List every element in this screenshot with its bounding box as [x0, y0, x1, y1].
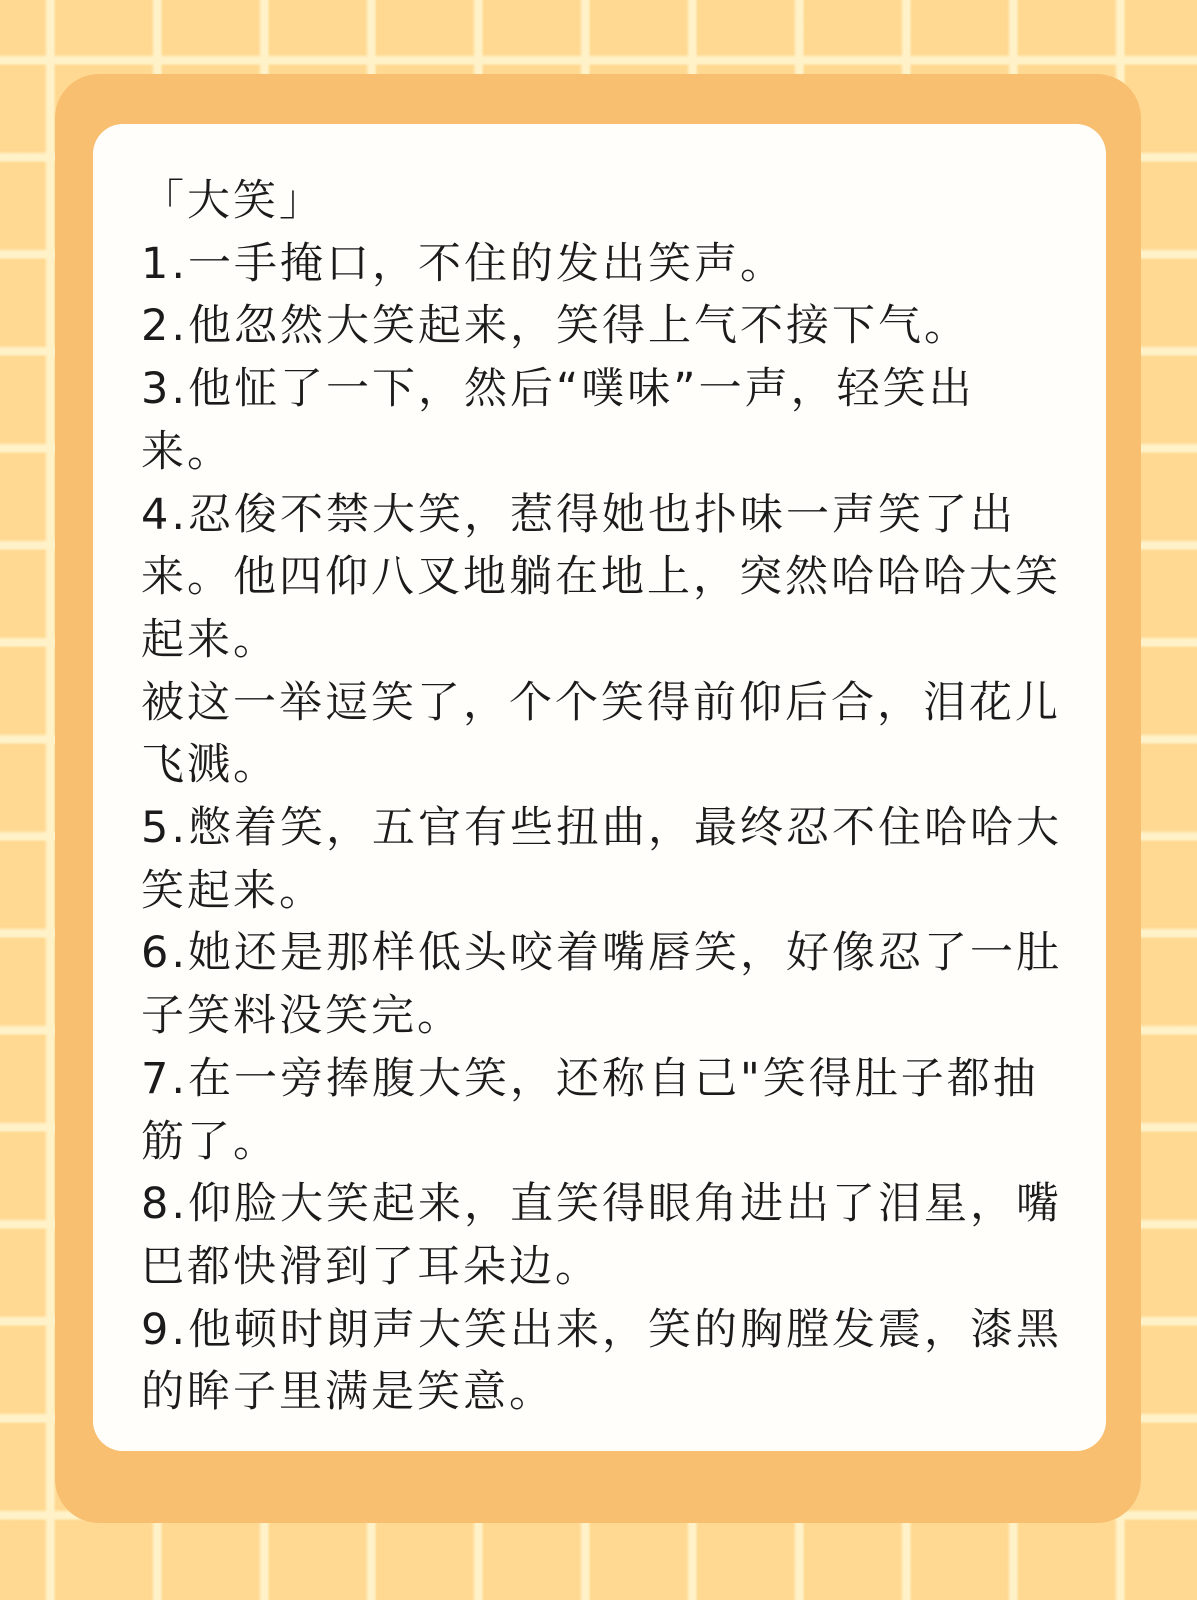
text-line: 来。他四仰八叉地躺在地上，突然哈哈哈大笑	[141, 546, 1071, 609]
text-line: 4.忍俊不禁大笑，惹得她也扑味一声笑了出	[141, 484, 1071, 547]
text-block: 「大笑」 1.一手掩口，不住的发出笑声。2.他忽然大笑起来，笑得上气不接下气。3…	[141, 170, 1071, 1424]
page: 「大笑」 1.一手掩口，不住的发出笑声。2.他忽然大笑起来，笑得上气不接下气。3…	[0, 0, 1197, 1600]
text-line: 巴都快滑到了耳朵边。	[141, 1236, 1071, 1299]
text-card: 「大笑」 1.一手掩口，不住的发出笑声。2.他忽然大笑起来，笑得上气不接下气。3…	[93, 124, 1106, 1451]
text-line: 7.在一旁捧腹大笑，还称自己"笑得肚子都抽	[141, 1048, 1071, 1111]
text-line: 6.她还是那样低头咬着嘴唇笑，好像忍了一肚	[141, 922, 1071, 985]
text-line: 子笑料没笑完。	[141, 985, 1071, 1048]
text-line: 来。	[141, 421, 1071, 484]
text-line: 起来。	[141, 609, 1071, 672]
text-line: 5.憋着笑，五官有些扭曲，最终忍不住哈哈大	[141, 797, 1071, 860]
text-line: 飞溅。	[141, 734, 1071, 797]
text-line: 被这一举逗笑了，个个笑得前仰后合，泪花儿	[141, 672, 1071, 735]
card-title: 「大笑」	[141, 170, 1071, 233]
text-line: 8.仰脸大笑起来，直笑得眼角进出了泪星，嘴	[141, 1173, 1071, 1236]
text-line: 3.他怔了一下，然后“噗味”一声，轻笑出	[141, 358, 1071, 421]
text-line: 1.一手掩口，不住的发出笑声。	[141, 233, 1071, 296]
text-line: 笑起来。	[141, 860, 1071, 923]
text-line: 9.他顿时朗声大笑出来，笑的胸膛发震，漆黑	[141, 1299, 1071, 1362]
text-line: 2.他忽然大笑起来，笑得上气不接下气。	[141, 295, 1071, 358]
sentence-list: 1.一手掩口，不住的发出笑声。2.他忽然大笑起来，笑得上气不接下气。3.他怔了一…	[141, 233, 1071, 1424]
text-line: 的眸子里满是笑意。	[141, 1361, 1071, 1424]
orange-frame: 「大笑」 1.一手掩口，不住的发出笑声。2.他忽然大笑起来，笑得上气不接下气。3…	[55, 74, 1141, 1523]
text-line: 筋了。	[141, 1111, 1071, 1174]
